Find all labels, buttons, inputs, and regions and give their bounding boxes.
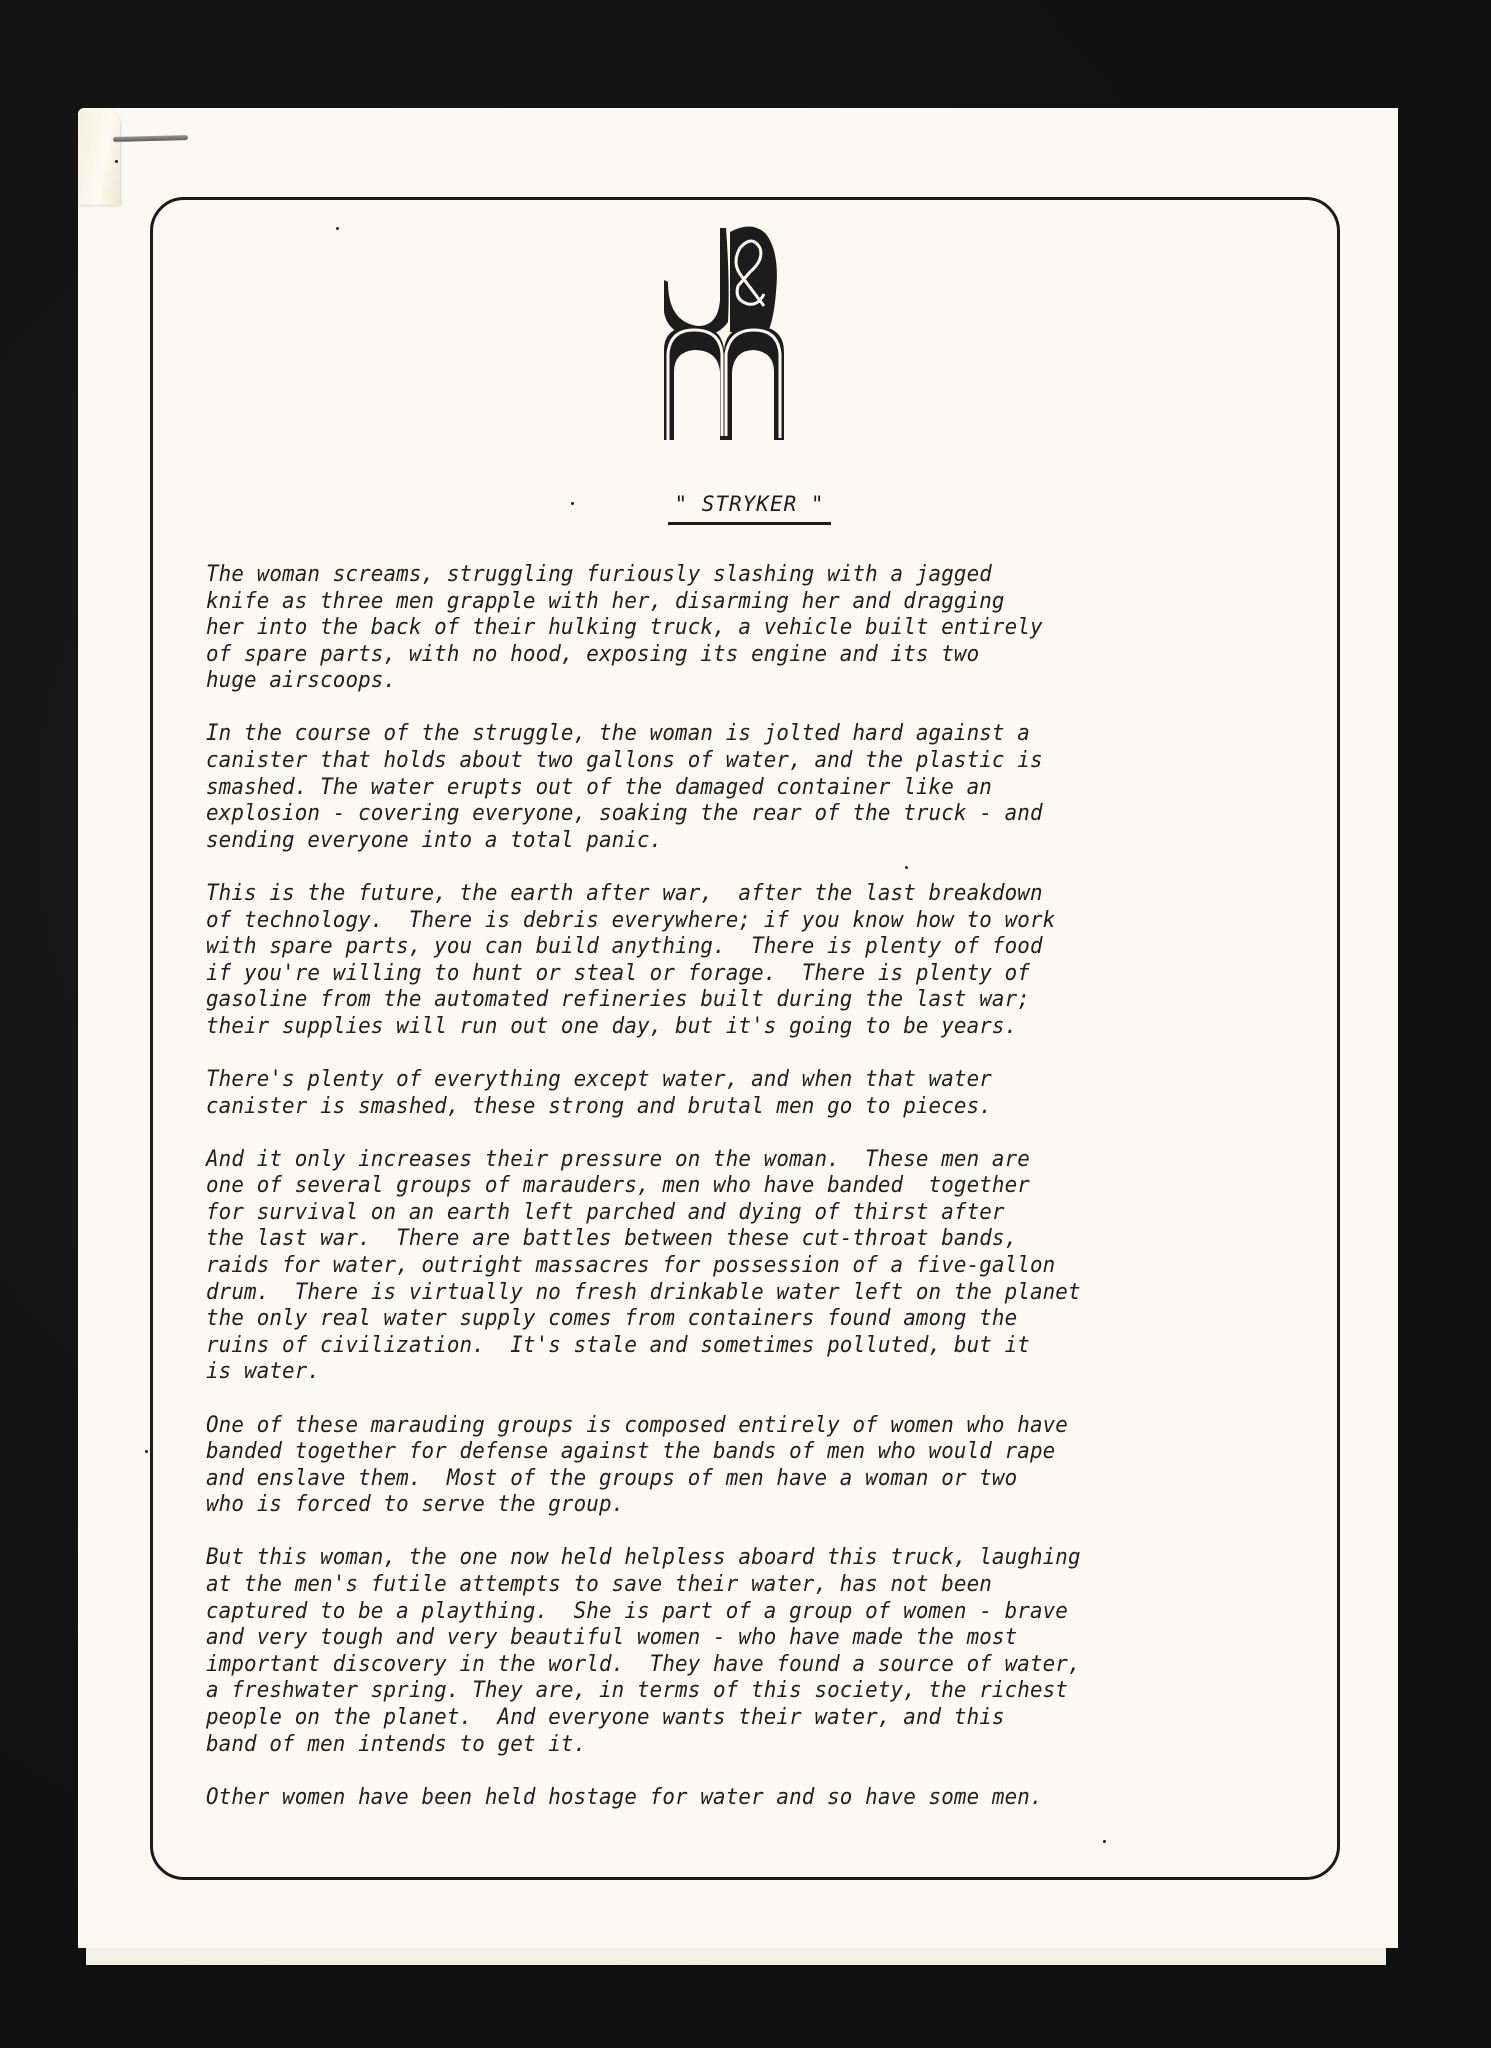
paragraph-4: There's plenty of everything except wate… [206, 1066, 1276, 1119]
paragraph-2: In the course of the struggle, the woman… [206, 720, 1276, 853]
paragraph-1: The woman screams, struggling furiously … [206, 561, 1276, 694]
scan-speck [905, 866, 908, 869]
document-title: " STRYKER " [668, 492, 830, 525]
paragraph-6: One of these marauding groups is compose… [206, 1412, 1276, 1518]
scan-speck [571, 502, 574, 505]
scan-speck [336, 227, 339, 230]
title-container: " STRYKER " [0, 492, 1491, 525]
paragraph-3: This is the future, the earth after war,… [206, 880, 1276, 1040]
folded-corner [78, 110, 120, 205]
scan-speck [145, 1450, 148, 1453]
paragraph-5: And it only increases their pressure on … [206, 1146, 1276, 1385]
document-body: The woman screams, struggling furiously … [206, 561, 1276, 1837]
scan-speck [1103, 1840, 1106, 1843]
j-and-m-logo-icon [660, 222, 790, 442]
paragraph-8: Other women have been held hostage for w… [206, 1784, 1276, 1811]
scan-speck [115, 160, 118, 163]
paragraph-7: But this woman, the one now held helples… [206, 1544, 1276, 1757]
